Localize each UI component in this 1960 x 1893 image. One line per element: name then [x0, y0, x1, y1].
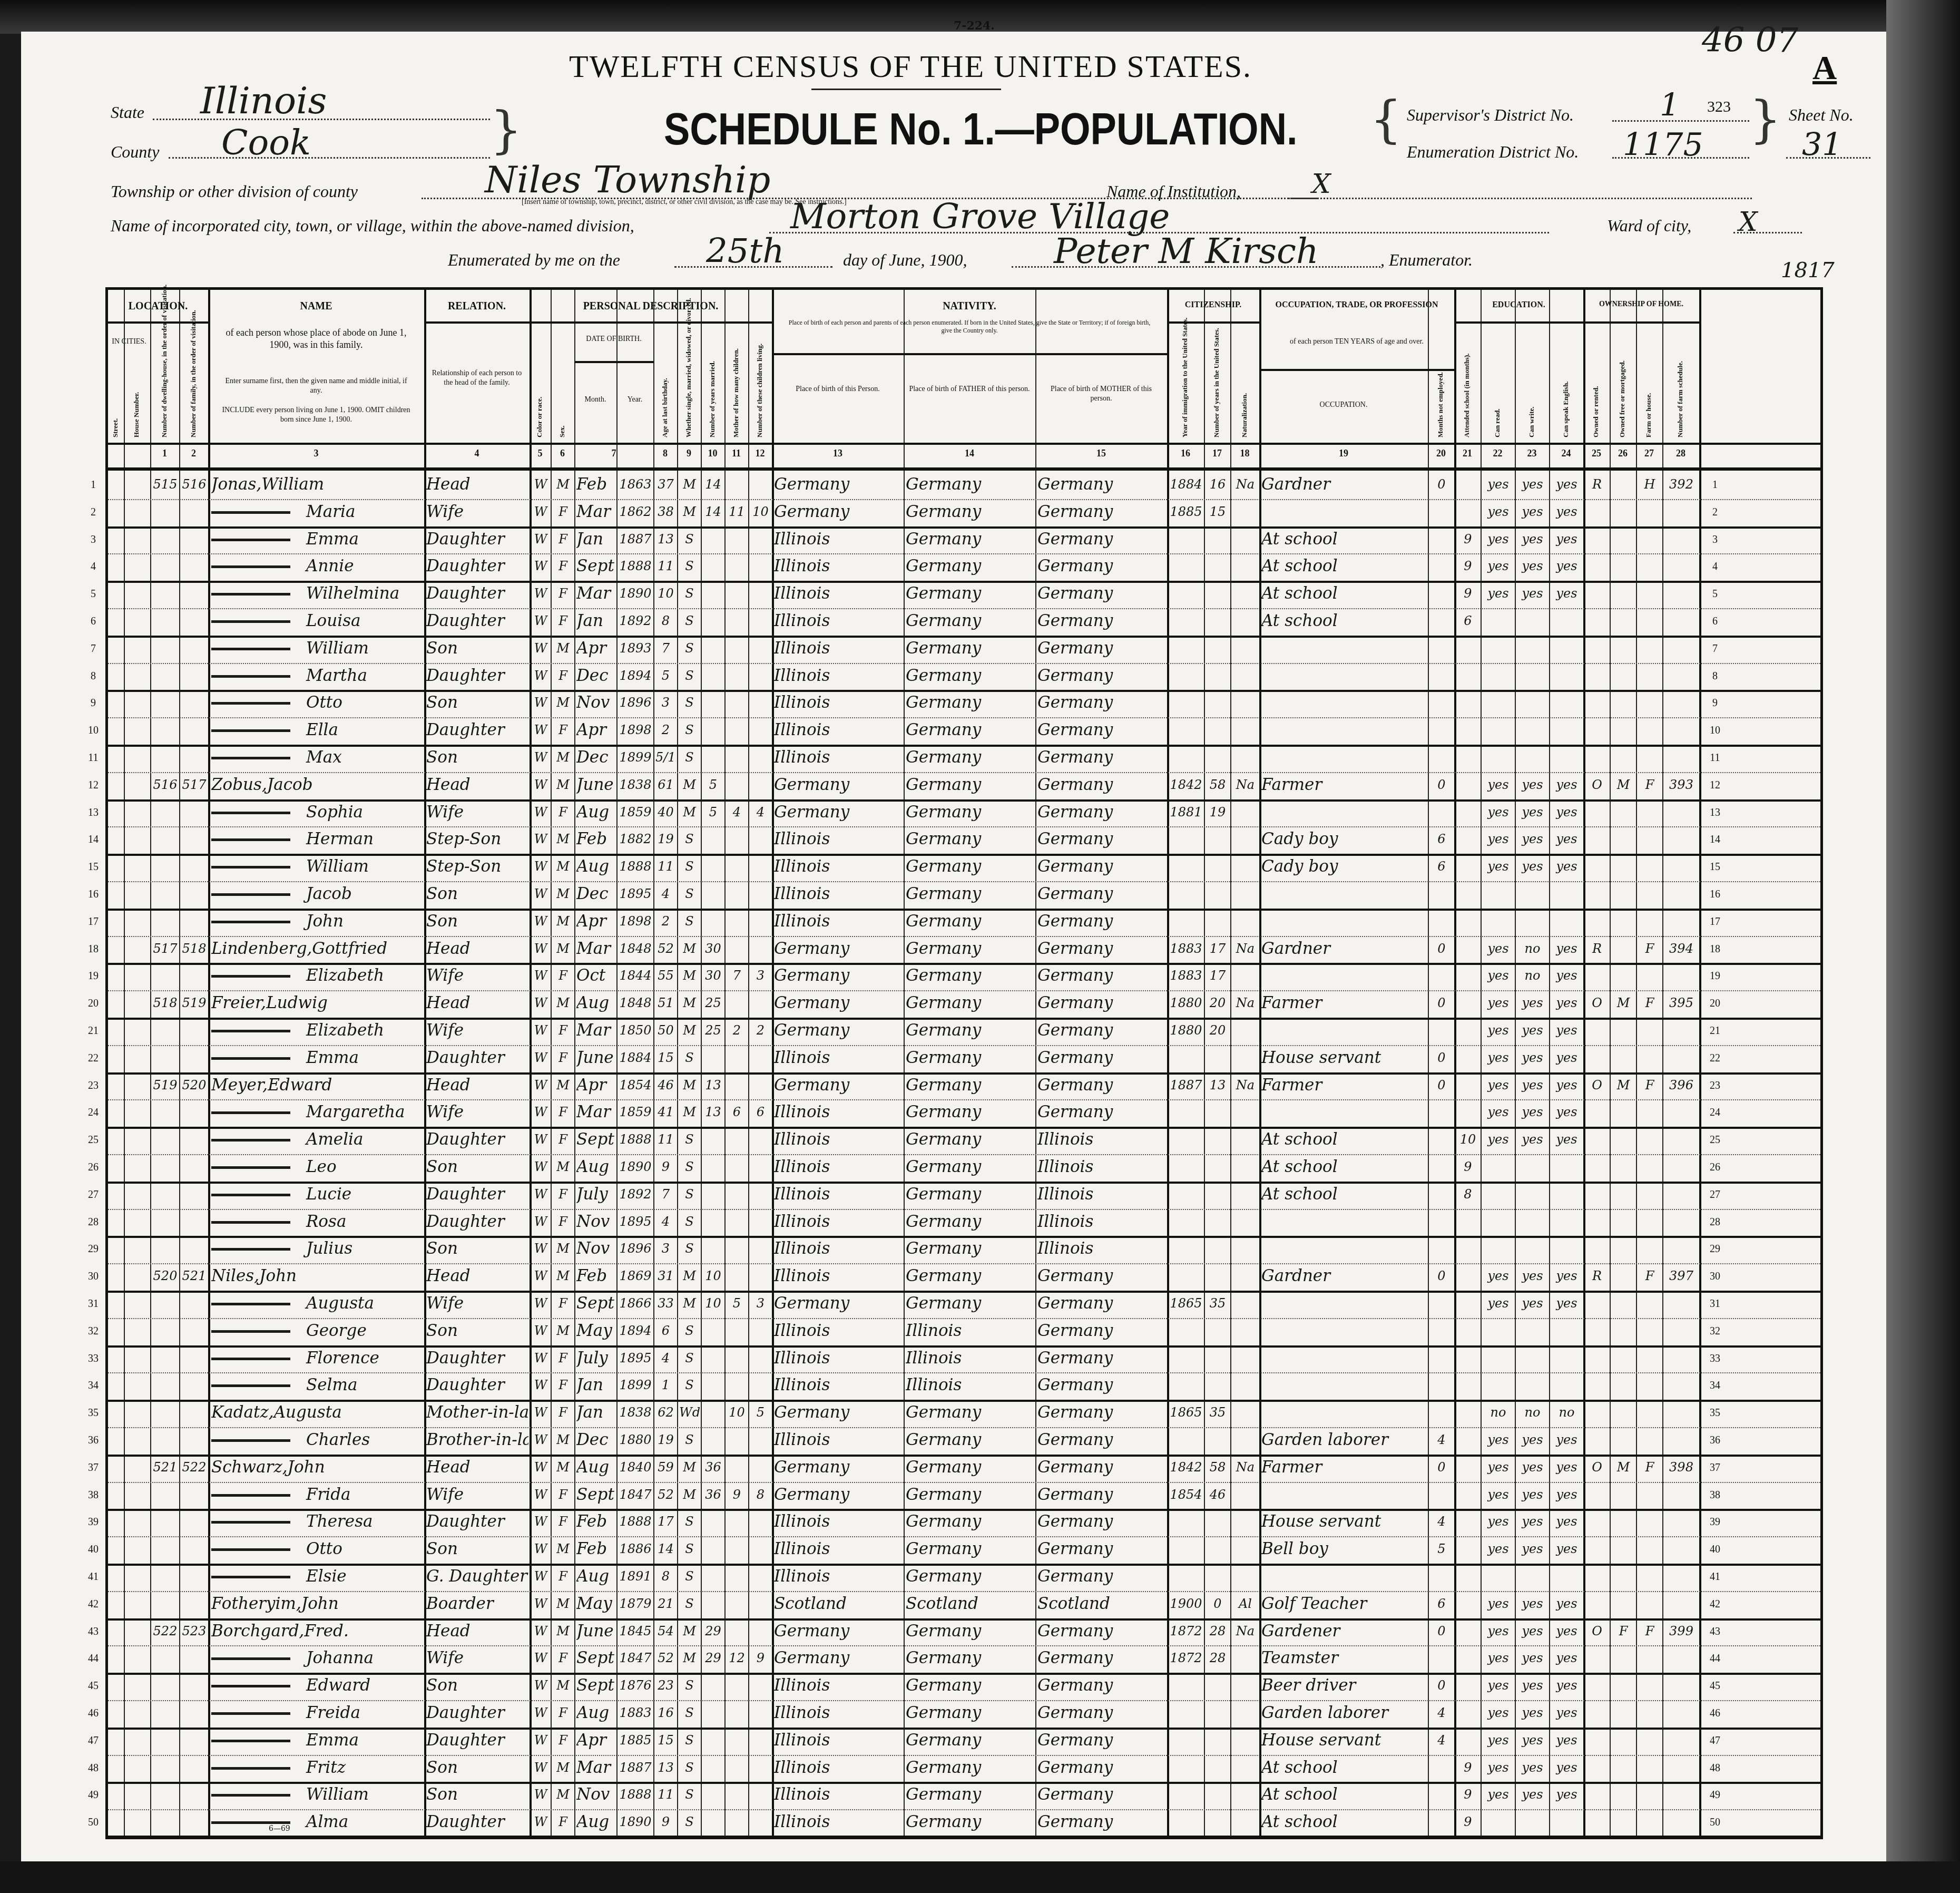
cell-yr: 1890: [619, 581, 652, 607]
header-can-write: Can write.: [1527, 327, 1536, 437]
cell-wr: yes: [1517, 526, 1548, 553]
name-cell: Wilhelmina: [211, 581, 422, 607]
cell-sex: F: [553, 1509, 573, 1535]
cell-imm: 1880: [1169, 990, 1203, 1017]
name-cell: Jonas,William: [211, 472, 422, 498]
cell-bp: Illinois: [774, 1728, 903, 1754]
cell-mar: S: [679, 1728, 700, 1754]
given-name: Augusta: [274, 1403, 342, 1422]
cell-fh: F: [1638, 1618, 1661, 1645]
cell-bf: Illinois: [906, 1372, 1034, 1399]
cell-col: W: [532, 1018, 550, 1044]
cell-mar: S: [679, 1564, 700, 1590]
cell-mar: M: [679, 1645, 700, 1672]
surname-ditto-dash: [211, 675, 290, 678]
cell-dw: 519: [152, 1072, 178, 1099]
name-cell: Julius: [211, 1236, 422, 1262]
cell-rd: yes: [1483, 1782, 1514, 1808]
cell-mon: Aug: [576, 854, 615, 880]
name-instruction-1: Enter surname first, then the given name…: [219, 377, 414, 395]
cell-rd: yes: [1483, 1099, 1514, 1126]
cell-yr: 1887: [619, 1755, 652, 1781]
corner-handwritten-number: 46 07: [1702, 21, 1798, 60]
cell-unemp: 0: [1430, 1045, 1453, 1071]
header-immigration: Year of immigration to the United States…: [1181, 327, 1189, 437]
cell-bp: Germany: [774, 936, 903, 962]
cell-en: yes: [1551, 1263, 1582, 1290]
header-separator: [530, 321, 772, 324]
cell-rd: yes: [1483, 963, 1514, 989]
cell-bm: Germany: [1037, 772, 1166, 798]
cell-bp: Illinois: [774, 854, 903, 880]
cell-sex: F: [553, 963, 573, 989]
cell-col: W: [532, 717, 550, 744]
cell-rel: Boarder: [426, 1591, 528, 1617]
cell-mar: S: [679, 581, 700, 607]
cell-mo: 10: [727, 1400, 747, 1426]
cell-wr: yes: [1517, 772, 1548, 798]
cell-mon: Aug: [576, 1455, 615, 1481]
cell-farm: 398: [1664, 1455, 1698, 1481]
cell-en: yes: [1551, 1072, 1582, 1099]
cell-bf: Germany: [906, 745, 1034, 771]
cell-rd: yes: [1483, 990, 1514, 1017]
surname-ditto-dash: [211, 1384, 290, 1387]
cell-col: W: [532, 799, 550, 826]
cell-bf: Germany: [906, 799, 1034, 826]
cell-rd: yes: [1483, 936, 1514, 962]
cell-fam: 521: [181, 1263, 207, 1290]
header-farm-house: Farm or house.: [1644, 327, 1653, 437]
surname-ditto-dash: [211, 1767, 290, 1770]
row-number: 46: [1704, 1707, 1726, 1720]
cell-mon: Sept: [576, 553, 615, 580]
cell-en: yes: [1551, 1700, 1582, 1726]
cell-col: W: [532, 472, 550, 498]
header-months-unemployed: Months not employed.: [1436, 327, 1445, 437]
cell-en: yes: [1551, 1728, 1582, 1754]
given-name: Frida: [306, 1485, 351, 1504]
state-label: State: [111, 103, 144, 122]
given-name: John: [259, 1266, 297, 1285]
cell-bf: Germany: [906, 1782, 1034, 1808]
cell-sex: F: [553, 1099, 573, 1126]
institution-line: [1288, 198, 1752, 199]
cell-bp: Illinois: [774, 1372, 903, 1399]
cell-age: 46: [655, 1072, 676, 1099]
cell-bf: Germany: [906, 963, 1034, 989]
cell-sex: M: [553, 1755, 573, 1781]
row-number-left: 36: [83, 1435, 104, 1447]
cell-yr: 1894: [619, 1318, 652, 1344]
row-rule: [108, 1837, 1820, 1839]
surname: Freier,: [211, 993, 266, 1012]
cell-en: yes: [1551, 1455, 1582, 1481]
cell-mar: S: [679, 745, 700, 771]
cell-mon: Aug: [576, 1700, 615, 1726]
cell-fam: 517: [181, 772, 207, 798]
cell-sex: M: [553, 690, 573, 716]
cell-sex: M: [553, 826, 573, 853]
cell-wr: yes: [1517, 1536, 1548, 1563]
cell-ch: 3: [750, 963, 771, 989]
name-cell: Charles: [211, 1427, 422, 1453]
cell-rel: Daughter: [426, 1809, 528, 1836]
cell-bp: Illinois: [774, 581, 903, 607]
cell-mon: Apr: [576, 909, 615, 935]
row-number: 15: [1704, 861, 1726, 873]
cell-col: W: [532, 936, 550, 962]
name-cell: Schwarz,John: [211, 1455, 422, 1481]
cell-imm: 1842: [1169, 772, 1203, 798]
given-name: Fred.: [304, 1622, 348, 1641]
cell-occ: At school: [1261, 1782, 1427, 1808]
cell-bf: Germany: [906, 1236, 1034, 1262]
cell-sex: M: [553, 745, 573, 771]
cell-mon: June: [576, 1618, 615, 1645]
cell-wr: yes: [1517, 1700, 1548, 1726]
cell-ym: 5: [703, 772, 723, 798]
surname-ditto-dash: [211, 893, 290, 896]
row-number-left: 31: [83, 1298, 104, 1310]
cell-rel: Son: [426, 1755, 528, 1781]
given-name: John: [288, 1458, 325, 1477]
cell-mar: S: [679, 826, 700, 853]
cell-farm: 399: [1664, 1618, 1698, 1645]
cell-bm: Germany: [1037, 472, 1166, 498]
cell-mar: M: [679, 990, 700, 1017]
cell-rd: yes: [1483, 526, 1514, 553]
row-number: 17: [1704, 916, 1726, 928]
surname-ditto-dash: [211, 702, 290, 705]
cell-rel: Daughter: [426, 717, 528, 744]
cell-bp: Illinois: [774, 1318, 903, 1344]
cell-sex: F: [553, 1127, 573, 1153]
cell-sex: F: [553, 1482, 573, 1508]
cell-wr: yes: [1517, 1072, 1548, 1099]
cell-col: W: [532, 1427, 550, 1453]
cell-en: yes: [1551, 553, 1582, 580]
surname-ditto-dash: [211, 1030, 290, 1032]
cell-yr: 1887: [619, 526, 652, 553]
cell-bf: Germany: [906, 717, 1034, 744]
cell-mon: May: [576, 1318, 615, 1344]
surname: Schwarz,: [211, 1458, 288, 1477]
cell-bp: Illinois: [774, 1127, 903, 1153]
row-number: 45: [1704, 1680, 1726, 1692]
cell-col: W: [532, 1728, 550, 1754]
header-mother-of: Mother of how many children.: [732, 327, 740, 437]
cell-sex: F: [553, 1700, 573, 1726]
cell-age: 11: [655, 553, 676, 580]
cell-col: W: [532, 1564, 550, 1590]
cell-en: yes: [1551, 826, 1582, 853]
given-name: Ella: [306, 720, 338, 739]
cell-mon: Jan: [576, 1372, 615, 1399]
cell-rd: yes: [1483, 1127, 1514, 1153]
cell-own: O: [1585, 1618, 1609, 1645]
cell-wr: yes: [1517, 581, 1548, 607]
cell-col: W: [532, 690, 550, 716]
cell-age: 23: [655, 1673, 676, 1699]
cell-bf: Germany: [906, 909, 1034, 935]
cell-bf: Germany: [906, 1536, 1034, 1563]
cell-imm: 1865: [1169, 1400, 1203, 1426]
cell-age: 31: [655, 1263, 676, 1290]
enumerator-name: Peter M Kirsch: [1054, 231, 1318, 271]
cell-bm: Germany: [1037, 1427, 1166, 1453]
surname: Zobus,: [211, 775, 267, 794]
cell-en: yes: [1551, 1291, 1582, 1317]
row-number: 27: [1704, 1189, 1726, 1201]
cell-bf: Germany: [906, 1072, 1034, 1099]
cell-sex: F: [553, 1645, 573, 1672]
cell-wr: yes: [1517, 1427, 1548, 1453]
cell-occ: At school: [1261, 608, 1427, 635]
name-cell: Elsie: [211, 1564, 422, 1590]
cell-bf: Germany: [906, 854, 1034, 880]
cell-bp: Germany: [774, 990, 903, 1017]
cell-sch: 10: [1456, 1127, 1479, 1153]
cell-yr: 1879: [619, 1591, 652, 1617]
name-cell: Sophia: [211, 799, 422, 826]
cell-bm: Germany: [1037, 1673, 1166, 1699]
cell-en: yes: [1551, 472, 1582, 498]
row-number-left: 46: [83, 1707, 104, 1720]
cell-wr: yes: [1517, 1455, 1548, 1481]
row-number: 49: [1704, 1789, 1726, 1801]
cell-unemp: 6: [1430, 1591, 1453, 1617]
name-cell: Annie: [211, 553, 422, 580]
row-number-left: 24: [83, 1107, 104, 1119]
surname-ditto-dash: [211, 1521, 290, 1524]
cell-rel: Head: [426, 1455, 528, 1481]
row-number-left: 8: [83, 670, 104, 682]
cell-rel: Daughter: [426, 553, 528, 580]
cell-ym: 5: [703, 799, 723, 826]
given-name: Max: [306, 748, 342, 767]
cell-bp: Illinois: [774, 1564, 903, 1590]
cell-yus: 20: [1206, 990, 1229, 1017]
cell-mon: June: [576, 772, 615, 798]
cell-mon: Nov: [576, 1782, 615, 1808]
cell-en: no: [1551, 1400, 1582, 1426]
cell-bf: Germany: [906, 1482, 1034, 1508]
cell-rel: Wife: [426, 1482, 528, 1508]
surname-ditto-dash: [211, 921, 290, 923]
cell-mort: M: [1612, 990, 1635, 1017]
cell-bm: Germany: [1037, 990, 1166, 1017]
cell-bp: Germany: [774, 1018, 903, 1044]
cell-farm: 393: [1664, 772, 1698, 798]
cell-bm: Germany: [1037, 636, 1166, 662]
row-number-left: 49: [83, 1789, 104, 1801]
name-cell: Martha: [211, 663, 422, 689]
cell-col: W: [532, 1482, 550, 1508]
cell-ym: 14: [703, 499, 723, 525]
cell-yus: 0: [1206, 1591, 1229, 1617]
given-name: Jacob: [267, 775, 313, 794]
row-number-left: 40: [83, 1544, 104, 1556]
cell-nat: Na: [1232, 990, 1258, 1017]
cell-bf: Illinois: [906, 1345, 1034, 1372]
cell-ym: 36: [703, 1482, 723, 1508]
row-number: 13: [1704, 807, 1726, 819]
township-label: Township or other division of county: [111, 182, 358, 201]
cell-mar: S: [679, 1700, 700, 1726]
row-number: 50: [1704, 1817, 1726, 1829]
cell-occ: House servant: [1261, 1728, 1427, 1754]
cell-wr: yes: [1517, 1018, 1548, 1044]
cell-mon: Aug: [576, 1154, 615, 1180]
cell-mon: Apr: [576, 636, 615, 662]
cell-rel: Daughter: [426, 1372, 528, 1399]
cell-bm: Illinois: [1037, 1236, 1166, 1262]
birth-father-header: Place of birth of FATHER of this person.: [909, 385, 1030, 394]
cell-col: W: [532, 1318, 550, 1344]
cell-sex: M: [553, 936, 573, 962]
surname-ditto-dash: [211, 648, 290, 650]
cell-mon: Feb: [576, 1263, 615, 1290]
cell-sex: F: [553, 581, 573, 607]
cell-mon: Aug: [576, 1809, 615, 1836]
surname-ditto-dash: [211, 1657, 290, 1660]
cell-mon: Aug: [576, 990, 615, 1017]
cell-mon: Feb: [576, 1536, 615, 1563]
cell-mar: S: [679, 1182, 700, 1208]
cell-ch: 8: [750, 1482, 771, 1508]
header-can-read: Can read.: [1493, 327, 1502, 437]
row-number: 48: [1704, 1762, 1726, 1774]
cell-mon: July: [576, 1345, 615, 1372]
cell-sex: F: [553, 663, 573, 689]
row-number: 36: [1704, 1435, 1726, 1447]
cell-rel: Head: [426, 472, 528, 498]
cell-age: 52: [655, 1482, 676, 1508]
cell-rd: no: [1483, 1400, 1514, 1426]
header-separator: [772, 353, 1167, 355]
cell-en: yes: [1551, 1782, 1582, 1808]
given-name: John: [301, 1594, 339, 1613]
cell-occ: At school: [1261, 1809, 1427, 1836]
cell-bp: Germany: [774, 772, 903, 798]
cell-en: yes: [1551, 581, 1582, 607]
cell-sex: F: [553, 1182, 573, 1208]
cell-mon: Mar: [576, 499, 615, 525]
given-name: Martha: [306, 666, 367, 685]
cell-yr: 1862: [619, 499, 652, 525]
cell-bf: Germany: [906, 1263, 1034, 1290]
enumerator-label: , Enumerator.: [1380, 250, 1473, 270]
cell-bm: Germany: [1037, 1291, 1166, 1317]
surname-ditto-dash: [211, 812, 290, 814]
row-number-left: 16: [83, 889, 104, 901]
row-number: 26: [1704, 1162, 1726, 1174]
cell-sch: 9: [1456, 1809, 1479, 1836]
cell-yr: 1840: [619, 1455, 652, 1481]
given-name: Emma: [306, 1731, 359, 1750]
cell-mar: S: [679, 1782, 700, 1808]
cell-yus: 58: [1206, 772, 1229, 798]
column-number: 6: [551, 448, 574, 459]
cell-rel: Daughter: [426, 1045, 528, 1071]
cell-bp: Illinois: [774, 1099, 903, 1126]
cell-imm: 1883: [1169, 963, 1203, 989]
cell-bm: Germany: [1037, 1728, 1166, 1754]
cell-bm: Germany: [1037, 1099, 1166, 1126]
cell-col: W: [532, 1618, 550, 1645]
cell-yr: 1895: [619, 881, 652, 908]
cell-imm: 1872: [1169, 1645, 1203, 1672]
cell-bf: Germany: [906, 881, 1034, 908]
cell-rel: Wife: [426, 1291, 528, 1317]
given-name: Theresa: [306, 1512, 373, 1531]
cell-bm: Germany: [1037, 1045, 1166, 1071]
cell-mon: Oct: [576, 963, 615, 989]
row-number-left: 27: [83, 1189, 104, 1201]
cell-age: 54: [655, 1618, 676, 1645]
cell-rd: yes: [1483, 553, 1514, 580]
surname-ditto-dash: [211, 1685, 290, 1687]
cell-en: yes: [1551, 936, 1582, 962]
row-number: 19: [1704, 970, 1726, 982]
cell-bp: Illinois: [774, 881, 903, 908]
document-title: TWELFTH CENSUS OF THE UNITED STATES.: [569, 48, 1252, 85]
cell-rel: Head: [426, 936, 528, 962]
column-number: 22: [1481, 448, 1515, 459]
cell-age: 33: [655, 1291, 676, 1317]
cell-sex: M: [553, 472, 573, 498]
cell-age: 11: [655, 1127, 676, 1153]
cell-occ: Bell boy: [1261, 1536, 1427, 1563]
schedule-title: SCHEDULE No. 1.—POPULATION.: [664, 103, 1298, 155]
cell-bf: Germany: [906, 636, 1034, 662]
cell-ym: 13: [703, 1099, 723, 1126]
row-number-left: 22: [83, 1052, 104, 1065]
cell-farm: 394: [1664, 936, 1698, 962]
row-number: 8: [1704, 670, 1726, 682]
cell-mon: Mar: [576, 1099, 615, 1126]
cell-occ: Gardner: [1261, 936, 1427, 962]
row-number: 38: [1704, 1489, 1726, 1501]
cell-nat: Na: [1232, 1072, 1258, 1099]
cell-yus: 28: [1206, 1618, 1229, 1645]
cell-occ: Farmer: [1261, 772, 1427, 798]
name-cell: Emma: [211, 526, 422, 553]
row-number: 34: [1704, 1380, 1726, 1392]
row-number: 47: [1704, 1735, 1726, 1747]
cell-bm: Germany: [1037, 745, 1166, 771]
column-number: 10: [701, 448, 724, 459]
cell-rd: yes: [1483, 1673, 1514, 1699]
cell-bm: Germany: [1037, 1072, 1166, 1099]
cell-bm: Germany: [1037, 881, 1166, 908]
scan-border-right: [1886, 0, 1960, 1893]
cell-yr: 1859: [619, 799, 652, 826]
cell-occ: Gardner: [1261, 1263, 1427, 1290]
name-cell: Emma: [211, 1728, 422, 1754]
surname-ditto-dash: [211, 1221, 290, 1224]
cell-bm: Germany: [1037, 1809, 1166, 1836]
cell-bm: Illinois: [1037, 1209, 1166, 1235]
name-cell: William: [211, 854, 422, 880]
cell-mon: Apr: [576, 717, 615, 744]
cell-bf: Germany: [906, 936, 1034, 962]
cell-bm: Germany: [1037, 717, 1166, 744]
cell-own: R: [1585, 472, 1609, 498]
surname-ditto-dash: [211, 866, 290, 869]
cell-occ: At school: [1261, 1154, 1427, 1180]
